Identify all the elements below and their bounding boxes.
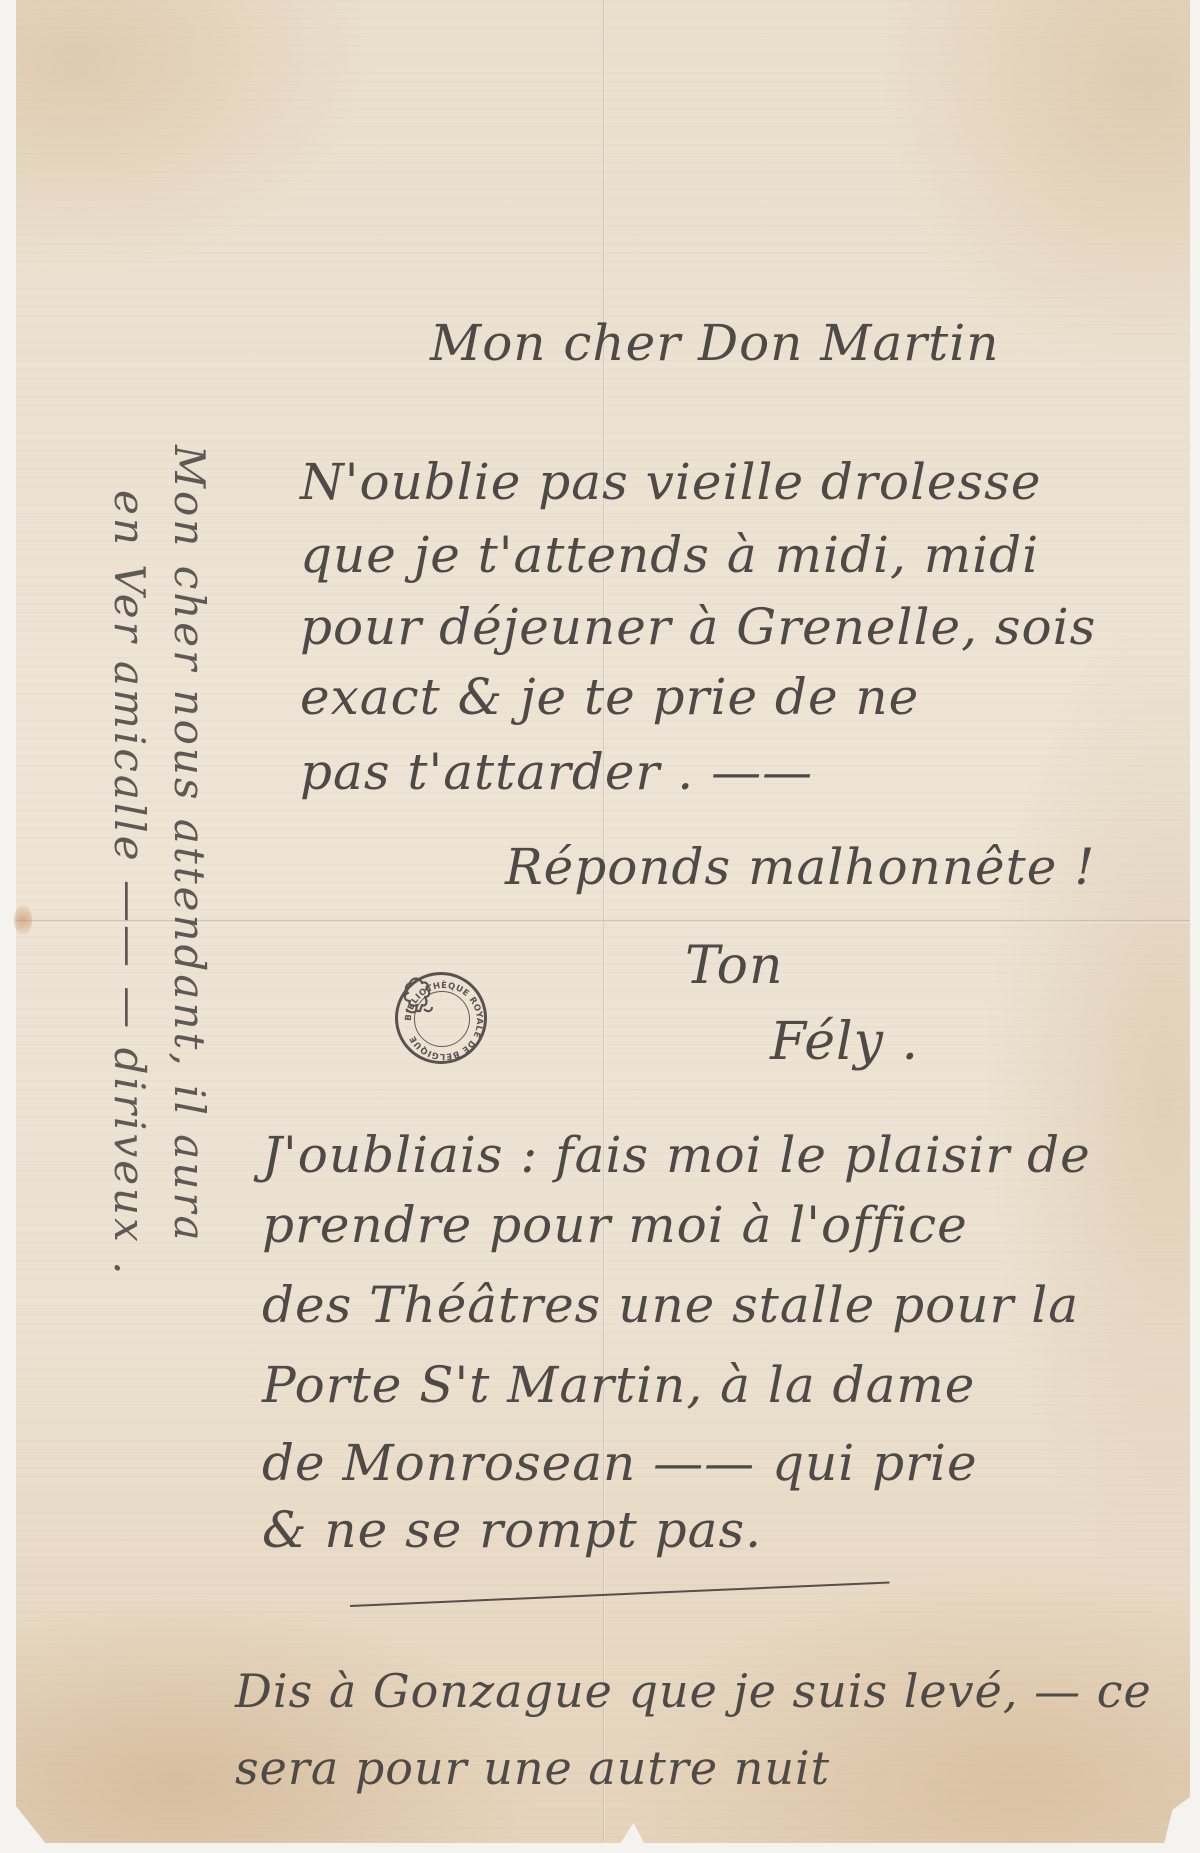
paper-stain — [14, 905, 32, 935]
letter-closing: Réponds malhonnête ! — [505, 842, 1095, 892]
postscript-line-1: J'oubliais : fais moi le plaisir de — [262, 1130, 1091, 1180]
postscript-line-6: & ne se rompt pas. — [262, 1505, 762, 1555]
margin-note-line-2: en Ver amicalle —— — diriveux . — [108, 490, 150, 1278]
postscript-line-3: des Théâtres une stalle pour la — [262, 1280, 1079, 1330]
letter-body-line-1: N'oublie pas vieille drolesse — [300, 457, 1041, 507]
letter-body-line-2: que je t'attends à midi, midi — [300, 530, 1039, 580]
scanned-letter: Mon cher Don Martin N'oublie pas vieille… — [0, 0, 1200, 1853]
second-postscript-line-2: sera pour une autre nuit — [235, 1745, 830, 1791]
signature-name: Fély . — [770, 1016, 919, 1068]
postscript-line-5: de Monrosean —— qui prie — [262, 1438, 978, 1488]
second-postscript-line-1: Dis à Gonzague que je suis levé, — ce — [235, 1668, 1152, 1714]
margin-note-line-1: Mon cher nous attendant, il aura — [168, 445, 210, 1244]
letter-body-line-4: exact & je te prie de ne — [300, 672, 919, 722]
signature-line-1: Ton — [685, 940, 783, 992]
letter-salutation: Mon cher Don Martin — [430, 318, 999, 368]
postscript-line-4: Porte S't Martin, à la dame — [262, 1360, 975, 1410]
library-stamp: BIBLIOTHÈQUE ROYALE DE BELGIQUE — [395, 972, 487, 1064]
lion-icon — [398, 975, 438, 1017]
letter-body-line-3: pour déjeuner à Grenelle, sois — [300, 602, 1096, 652]
letter-body-line-5: pas t'attarder . —— — [300, 747, 813, 797]
postscript-line-2: prendre pour moi à l'office — [262, 1200, 968, 1250]
